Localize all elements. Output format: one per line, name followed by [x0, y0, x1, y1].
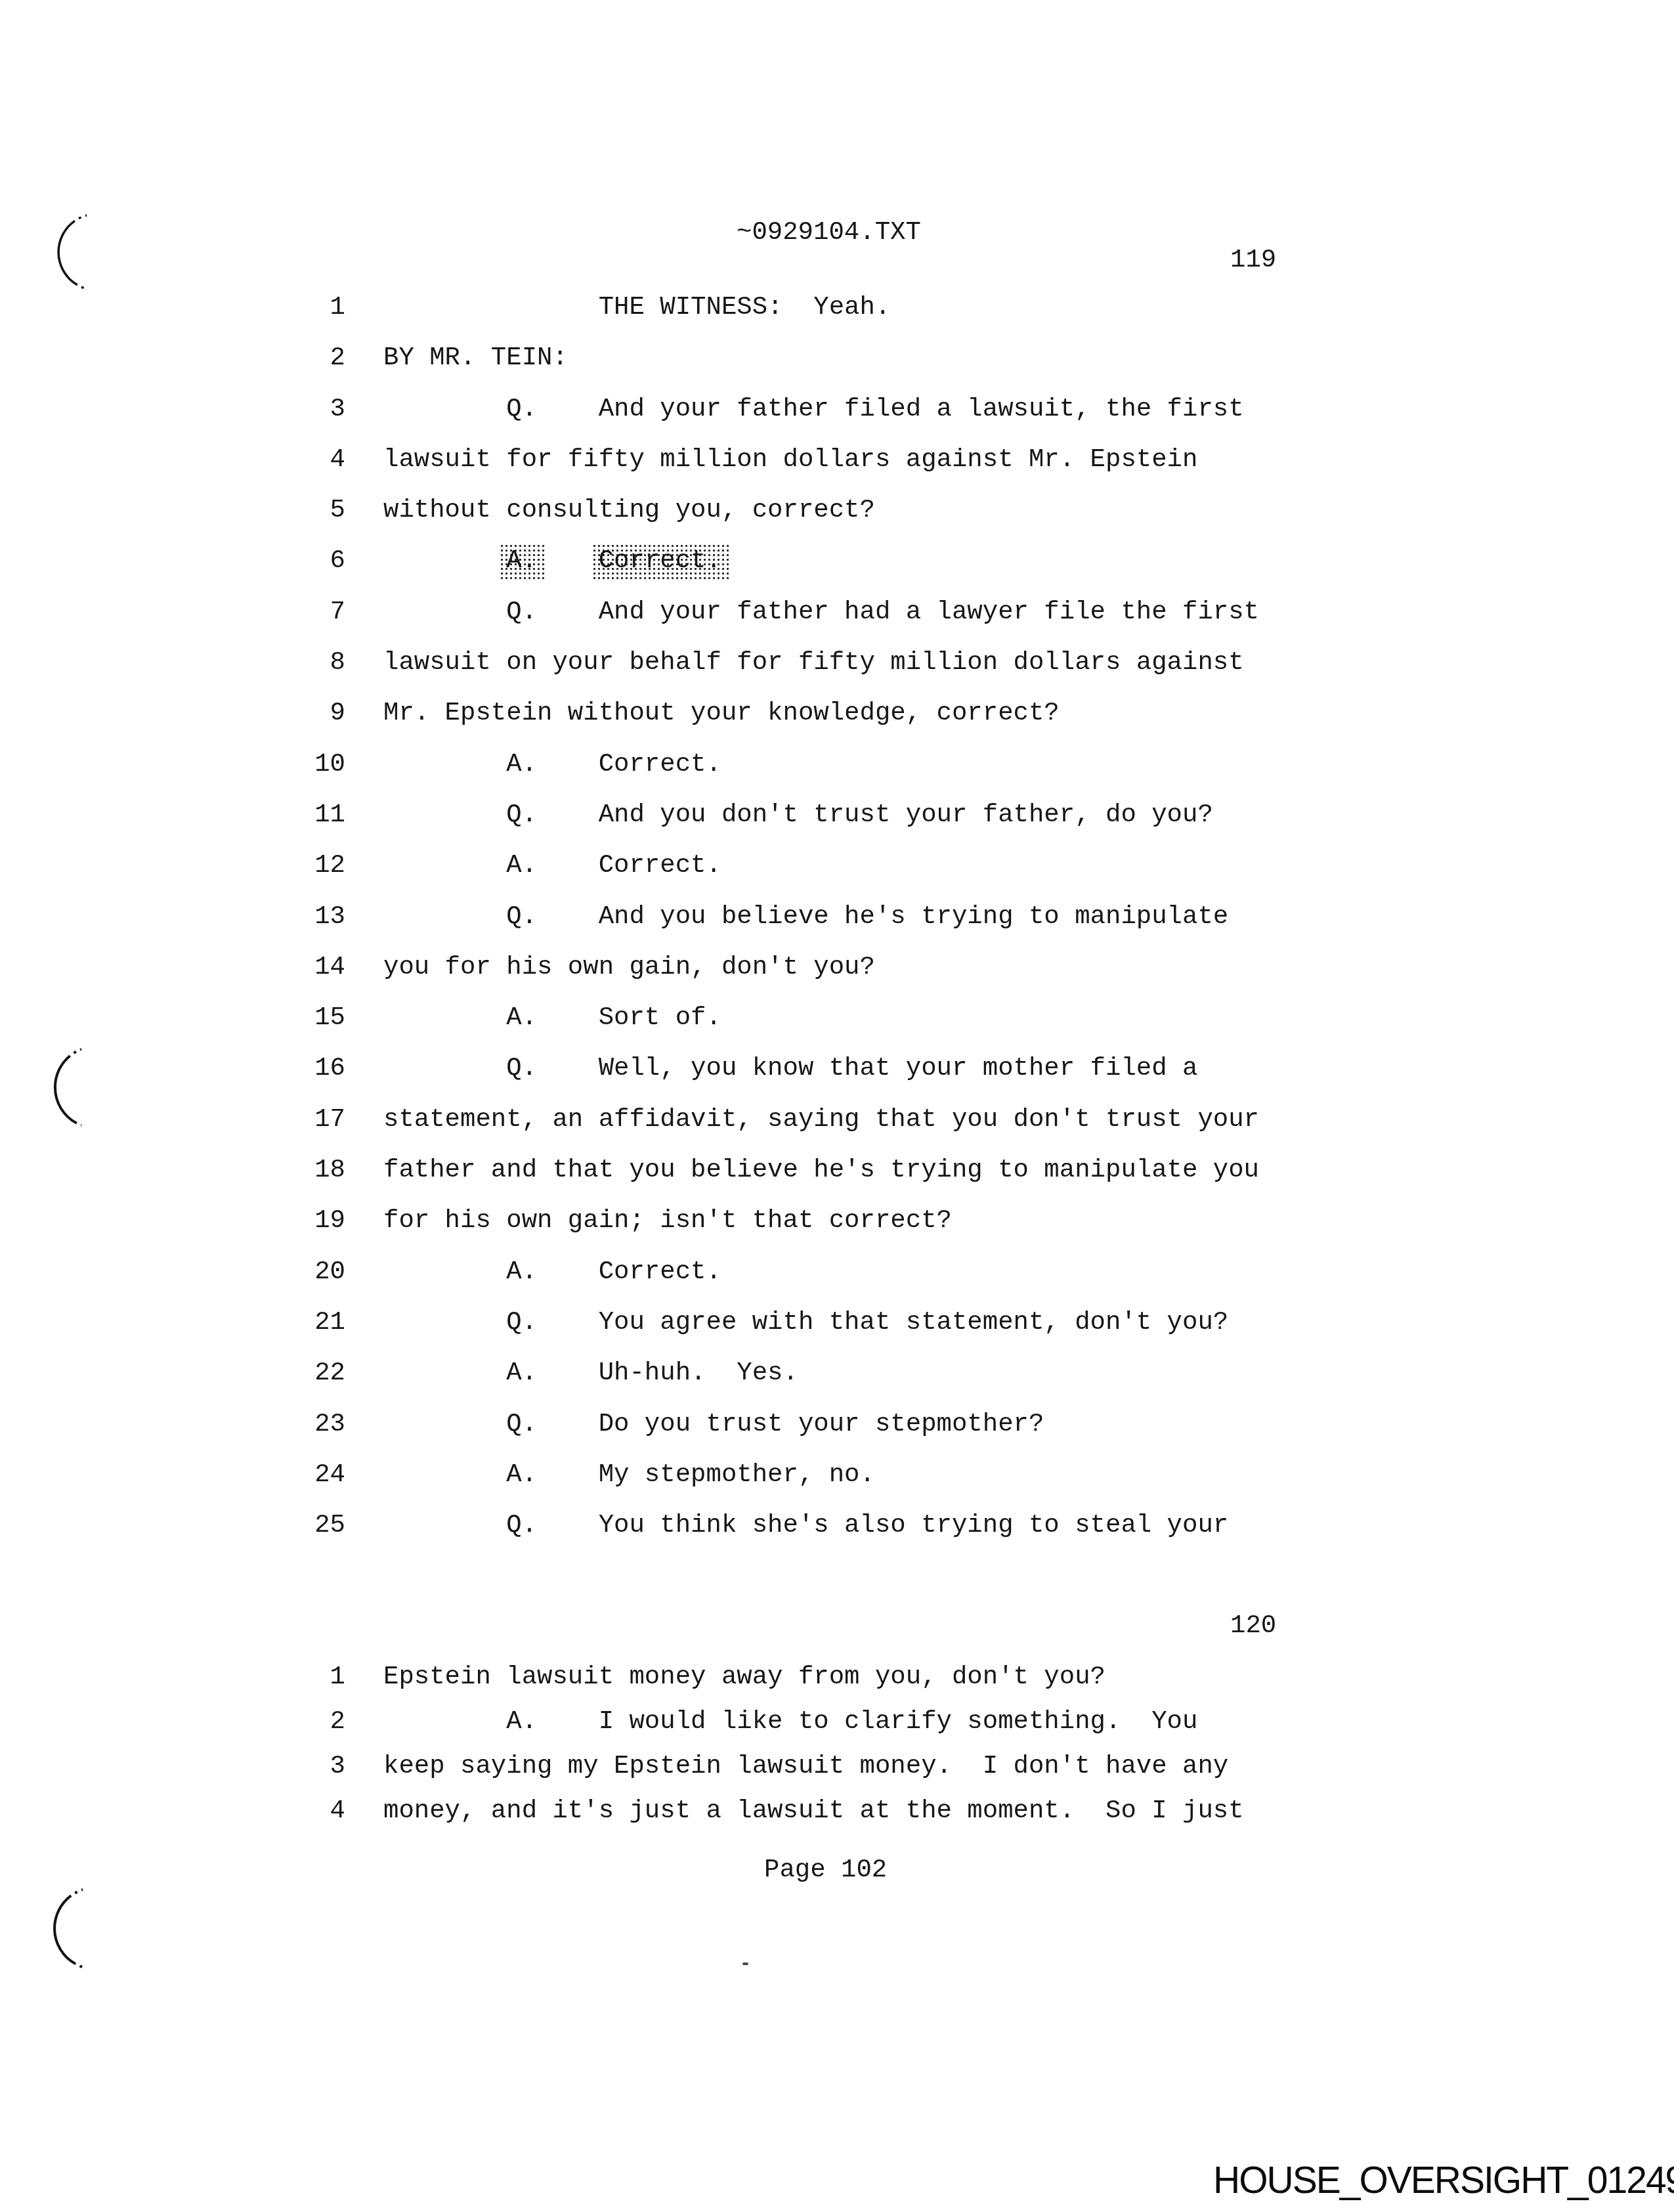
highlighted-text-content: Correct. — [599, 546, 721, 575]
transcript-line: 24 A. My stepmother, no. — [0, 1450, 1674, 1500]
transcript-line: 19for his own gain; isn't that correct? — [0, 1196, 1674, 1246]
line-text: lawsuit for fifty million dollars agains… — [383, 435, 1197, 485]
transcript-page-number-119: 119 — [1230, 244, 1276, 276]
transcript-line: 3 Q. And your father filed a lawsuit, th… — [0, 384, 1674, 435]
document-filename: ~0929104.TXT — [737, 217, 921, 248]
line-number: 4 — [274, 1789, 345, 1833]
transcript-line: 11 Q. And you don't trust your father, d… — [0, 790, 1674, 840]
line-number: 25 — [274, 1500, 345, 1551]
transcript-line: 21 Q. You agree with that statement, don… — [0, 1297, 1674, 1348]
transcript-line: 8lawsuit on your behalf for fifty millio… — [0, 638, 1674, 688]
line-number: 23 — [274, 1399, 345, 1450]
highlighted-text: Correct. — [599, 536, 721, 586]
line-text: Q. And you don't trust your father, do y… — [383, 790, 1213, 840]
line-number: 18 — [274, 1145, 345, 1196]
line-text: A. Correct. — [383, 536, 721, 586]
line-text: Q. And your father had a lawyer file the… — [383, 587, 1259, 638]
transcript-line: 5without consulting you, correct? — [0, 485, 1674, 536]
line-text: Epstein lawsuit money away from you, don… — [383, 1655, 1105, 1699]
scan-artifact-dash — [742, 1963, 748, 1965]
line-number: 3 — [274, 1744, 345, 1789]
line-text: BY MR. TEIN: — [383, 333, 568, 383]
line-number: 8 — [274, 638, 345, 688]
transcript-line: 2 A. I would like to clarify something. … — [0, 1699, 1674, 1744]
line-text: for his own gain; isn't that correct? — [383, 1196, 952, 1246]
scan-curl-mark-top — [33, 209, 118, 294]
line-number: 11 — [274, 790, 345, 840]
transcript-line: 15 A. Sort of. — [0, 993, 1674, 1043]
transcript-line: 16 Q. Well, you know that your mother fi… — [0, 1043, 1674, 1094]
line-text: THE WITNESS: Yeah. — [383, 282, 890, 333]
line-text: A. Sort of. — [383, 993, 721, 1043]
line-text: without consulting you, correct? — [383, 485, 875, 536]
line-number: 12 — [274, 840, 345, 891]
line-number: 1 — [274, 282, 345, 333]
line-text: statement, an affidavit, saying that you… — [383, 1095, 1259, 1145]
line-number: 2 — [274, 1699, 345, 1744]
transcript-lines-page-119: 1 THE WITNESS: Yeah.2BY MR. TEIN:3 Q. An… — [0, 282, 1674, 1551]
line-number: 16 — [274, 1043, 345, 1094]
line-number: 20 — [274, 1247, 345, 1297]
scan-curl-mark-bottom — [28, 1883, 119, 1976]
transcript-line: 23 Q. Do you trust your stepmother? — [0, 1399, 1674, 1450]
transcript-line: 25 Q. You think she's also trying to ste… — [0, 1500, 1674, 1551]
transcript-line: 4money, and it's just a lawsuit at the m… — [0, 1789, 1674, 1833]
line-number: 13 — [274, 892, 345, 942]
line-text: keep saying my Epstein lawsuit money. I … — [383, 1744, 1228, 1789]
line-text: father and that you believe he's trying … — [383, 1145, 1259, 1196]
transcript-line: 12 A. Correct. — [0, 840, 1674, 891]
transcript-line: 13 Q. And you believe he's trying to man… — [0, 892, 1674, 942]
line-text: Q. Do you trust your stepmother? — [383, 1399, 1044, 1450]
line-text: A. My stepmother, no. — [383, 1450, 875, 1500]
transcript-line: 4lawsuit for fifty million dollars again… — [0, 435, 1674, 485]
line-number: 19 — [274, 1196, 345, 1246]
line-text: you for his own gain, don't you? — [383, 942, 875, 993]
line-number: 3 — [274, 384, 345, 435]
highlighted-text-content: A. — [506, 546, 537, 575]
transcript-line: 1 THE WITNESS: Yeah. — [0, 282, 1674, 333]
line-number: 7 — [274, 587, 345, 638]
line-text: A. Correct. — [383, 1247, 721, 1297]
transcript-line: 9Mr. Epstein without your knowledge, cor… — [0, 688, 1674, 739]
transcript-line: 7 Q. And your father had a lawyer file t… — [0, 587, 1674, 638]
line-text: Q. And your father filed a lawsuit, the … — [383, 384, 1244, 435]
transcript-lines-page-120: 1Epstein lawsuit money away from you, do… — [0, 1655, 1674, 1833]
line-text: A. I would like to clarify something. Yo… — [383, 1699, 1197, 1744]
transcript-line: 2BY MR. TEIN: — [0, 333, 1674, 383]
line-number: 17 — [274, 1095, 345, 1145]
highlighted-text: A. — [506, 536, 537, 586]
line-number: 15 — [274, 993, 345, 1043]
line-text: Q. And you believe he's trying to manipu… — [383, 892, 1228, 942]
line-number: 9 — [274, 688, 345, 739]
line-text: A. Correct. — [383, 739, 721, 790]
line-text: Q. You agree with that statement, don't … — [383, 1297, 1228, 1348]
line-text: lawsuit on your behalf for fifty million… — [383, 638, 1244, 688]
line-number: 22 — [274, 1348, 345, 1399]
line-text: A. Uh-huh. Yes. — [383, 1348, 798, 1399]
transcript-line: 20 A. Correct. — [0, 1247, 1674, 1297]
transcript-line: 22 A. Uh-huh. Yes. — [0, 1348, 1674, 1399]
line-number: 1 — [274, 1655, 345, 1699]
line-number: 21 — [274, 1297, 345, 1348]
line-number: 2 — [274, 333, 345, 383]
line-number: 6 — [274, 536, 345, 586]
transcript-page-number-120: 120 — [1230, 1610, 1276, 1641]
transcript-line: 17statement, an affidavit, saying that y… — [0, 1095, 1674, 1145]
line-text: Q. Well, you know that your mother filed… — [383, 1043, 1197, 1094]
transcript-scan-page: ~0929104.TXT 119 1 THE WITNESS: Yeah.2BY… — [0, 0, 1674, 2212]
line-text: Q. You think she's also trying to steal … — [383, 1500, 1228, 1551]
line-text: A. Correct. — [383, 840, 721, 891]
line-text: Mr. Epstein without your knowledge, corr… — [383, 688, 1060, 739]
bates-number: HOUSE_OVERSIGHT_012497 — [1213, 2159, 1674, 2202]
line-text: money, and it's just a lawsuit at the mo… — [383, 1789, 1244, 1833]
transcript-line: 3keep saying my Epstein lawsuit money. I… — [0, 1744, 1674, 1789]
transcript-line: 10 A. Correct. — [0, 739, 1674, 790]
line-number: 5 — [274, 485, 345, 536]
transcript-line: 1Epstein lawsuit money away from you, do… — [0, 1655, 1674, 1699]
line-number: 10 — [274, 739, 345, 790]
footer-page-label: Page 102 — [764, 1854, 887, 1886]
line-number: 14 — [274, 942, 345, 993]
line-number: 24 — [274, 1450, 345, 1500]
transcript-line: 6 A. Correct. — [0, 536, 1674, 586]
line-number: 4 — [274, 435, 345, 485]
transcript-line: 18father and that you believe he's tryin… — [0, 1145, 1674, 1196]
transcript-line: 14you for his own gain, don't you? — [0, 942, 1674, 993]
